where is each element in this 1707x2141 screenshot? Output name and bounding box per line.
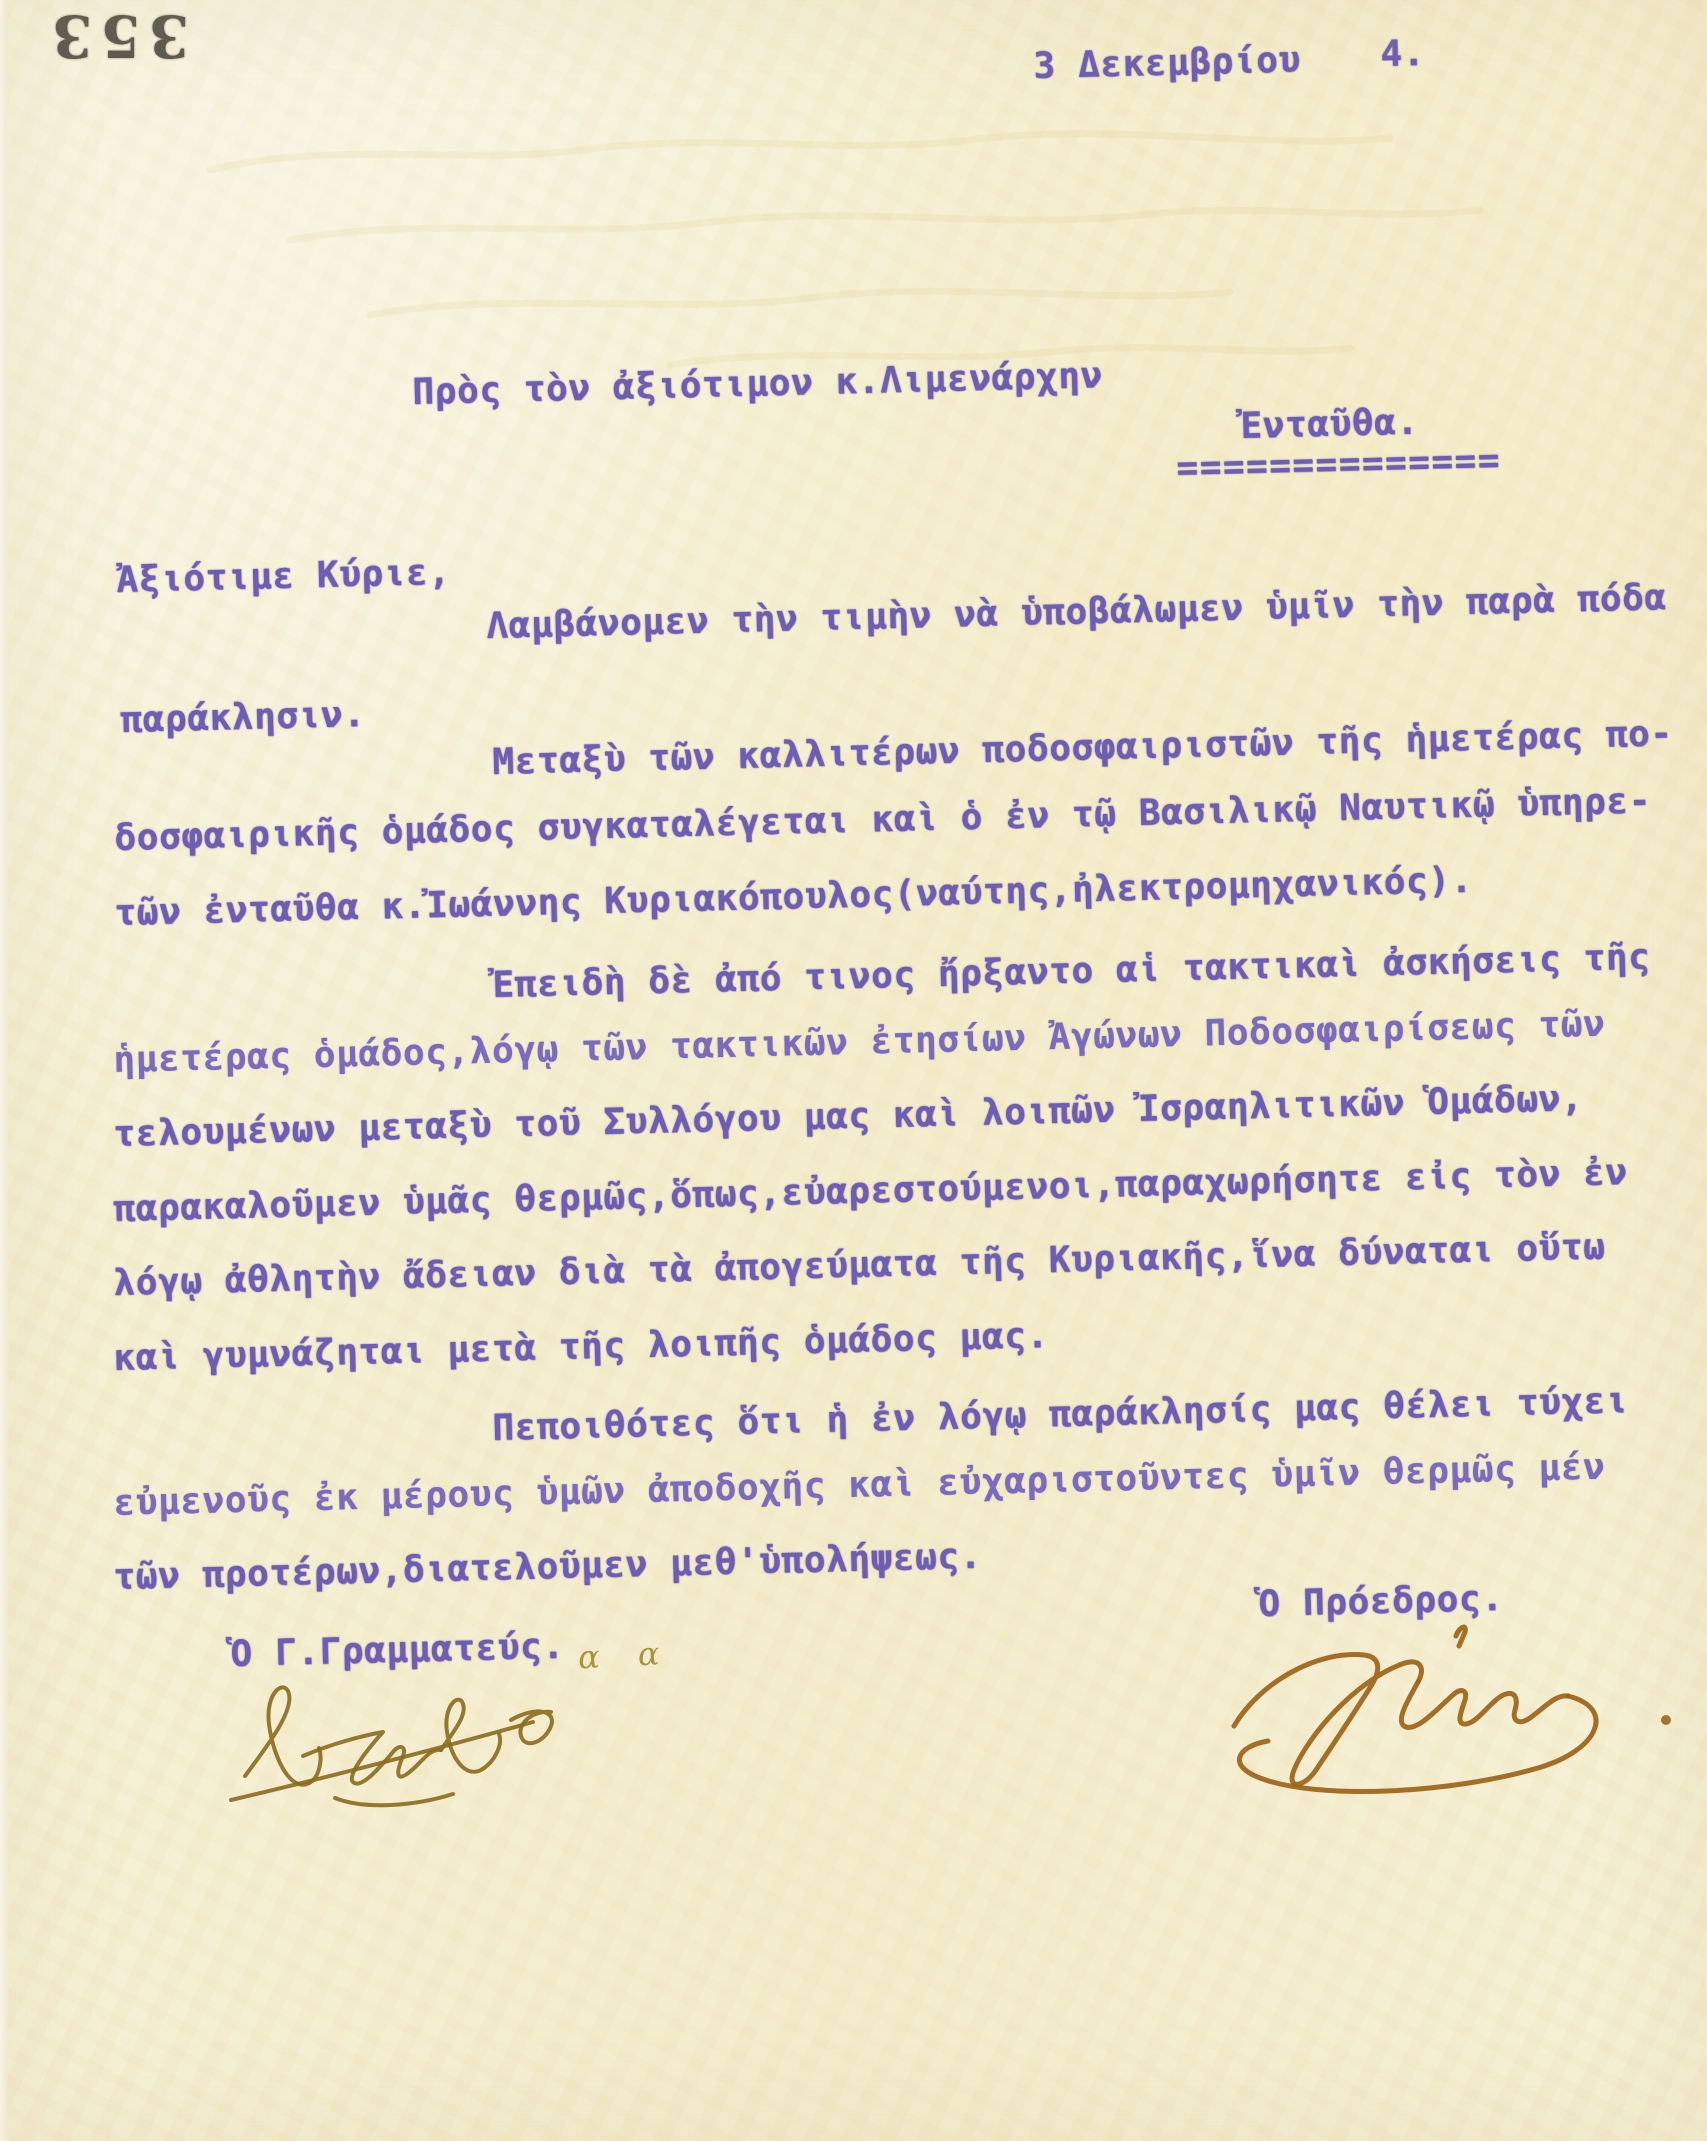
body-line: δοσφαιρικῆς ὁμάδος συγκαταλέγεται καὶ ὁ … bbox=[114, 780, 1651, 859]
body-line: παράκλησιν. bbox=[120, 694, 366, 741]
body-line: ἡμετέρας ὁμάδος,λόγῳ τῶν τακτικῶν ἐτησίω… bbox=[113, 1004, 1606, 1082]
body-line: Ἐπειδὴ δὲ ἀπό τινος ἤρξαντο αἱ τακτικαὶ … bbox=[492, 937, 1651, 1007]
body-line: καὶ γυμνάζηται μετὰ τῆς λοιπῆς ὁμάδος μα… bbox=[113, 1315, 1049, 1379]
archive-number-stamp: 353 bbox=[44, 2, 189, 70]
secretary-signature bbox=[185, 1648, 665, 1838]
body-line: παρακαλοῦμεν ὑμᾶς θερμῶς,ὅπως,εὐαρεστούμ… bbox=[113, 1152, 1628, 1230]
body-line: τῶν ἐνταῦθα κ.Ἰωάννης Κυριακόπουλος(ναύτ… bbox=[114, 860, 1473, 935]
recipient-place: Ἐνταῦθα. bbox=[1240, 402, 1419, 448]
letter-page: 353 3 Δεκεμβρίου 4. Πρὸς τὸν ἀξιότιμον κ… bbox=[0, 0, 1707, 2141]
body-line: εὐμενοῦς ἐκ μέρους ὑμῶν ἀποδοχῆς καὶ εὐχ… bbox=[113, 1447, 1606, 1525]
page-number: 4. bbox=[1380, 33, 1426, 75]
body-line: Πεποιθότες ὅτι ἡ ἐν λόγῳ παράκλησίς μας … bbox=[492, 1380, 1629, 1449]
body-line: λόγῳ ἀθλητὴν ἄδειαν διὰ τὰ ἀπογεύματα τῆ… bbox=[113, 1227, 1606, 1305]
body-line: τῶν προτέρων,διατελοῦμεν μεθ'ὑπολήψεως. bbox=[113, 1536, 982, 1599]
body-line: τελουμένων μεταξὺ τοῦ Συλλόγου μας καὶ λ… bbox=[113, 1078, 1584, 1155]
date: 3 Δεκεμβρίου bbox=[1033, 39, 1301, 87]
body-line: Λαμβάνομεν τὴν τιμὴν νὰ ὑποβάλωμεν ὑμῖν … bbox=[486, 577, 1667, 647]
recipient-underline: ============== bbox=[1176, 440, 1501, 489]
bleed-through-marks bbox=[150, 110, 1570, 390]
body-line: Μεταξὺ τῶν καλλιτέρων ποδοσφαιριστῶν τῆς… bbox=[492, 713, 1673, 783]
president-signature bbox=[1168, 1598, 1688, 1813]
salutation: Ἀξιότιμε Κύριε, bbox=[116, 552, 451, 602]
